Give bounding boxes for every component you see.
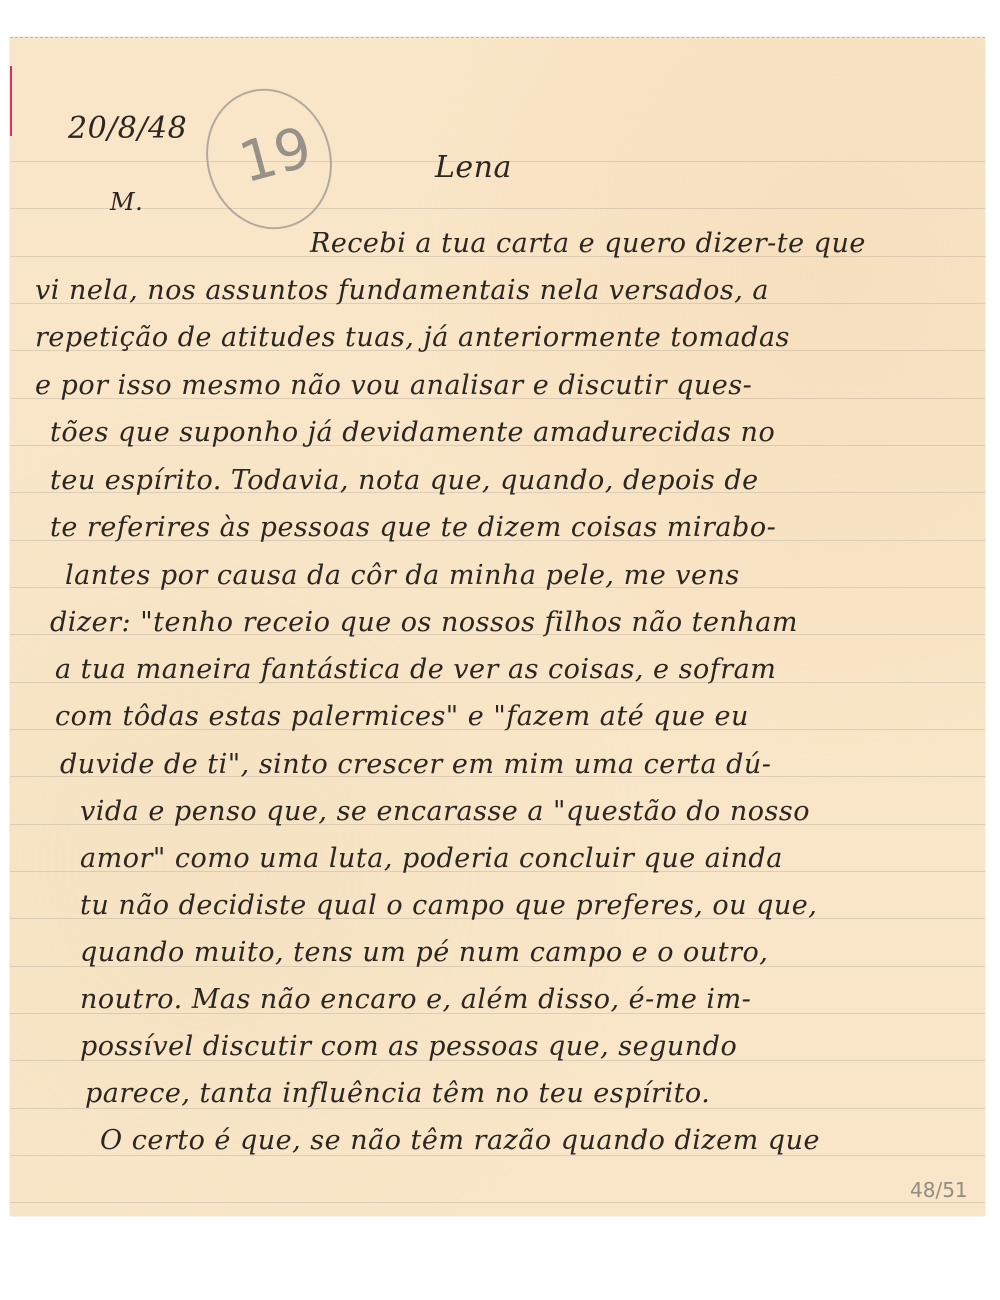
letter-page: 20/8/48 M. 19 Lena Recebi a tua carta e …	[10, 37, 985, 1216]
body-line: quando muito, tens um pé num campo e o o…	[80, 937, 768, 968]
initial-mark: M.	[110, 188, 143, 216]
body-line: repetição de atitudes tuas, já anteriorm…	[35, 322, 790, 353]
letter-date: 20/8/48	[68, 111, 187, 146]
body-line: e por isso mesmo não vou analisar e disc…	[35, 370, 752, 401]
salutation: Lena	[435, 150, 512, 185]
archive-reference: 48/51	[910, 1178, 968, 1202]
body-line: dizer: "tenho receio que os nossos filho…	[50, 607, 798, 638]
body-line: a tua maneira fantástica de ver as coisa…	[55, 654, 776, 685]
body-line: amor" como uma luta, poderia concluir qu…	[80, 843, 783, 874]
rule-line	[10, 208, 985, 209]
body-line: tões que suponho já devidamente amadurec…	[50, 417, 775, 448]
body-line: noutro. Mas não encaro e, além disso, é-…	[80, 984, 751, 1015]
rule-line	[10, 1202, 985, 1203]
body-line: teu espírito. Todavia, nota que, quando,…	[50, 465, 759, 496]
body-line: com tôdas estas palermices" e "fazem até…	[55, 701, 749, 732]
body-line: duvide de ti", sinto crescer em mim uma …	[60, 749, 771, 780]
body-line: possível discutir com as pessoas que, se…	[80, 1031, 737, 1062]
body-line: vi nela, nos assuntos fundamentais nela …	[35, 275, 769, 306]
body-line: te referires às pessoas que te dizem coi…	[50, 512, 776, 543]
edge-strip	[10, 66, 12, 136]
body-line: vida e penso que, se encarasse a "questã…	[80, 796, 810, 827]
body-line: O certo é que, se não têm razão quando d…	[100, 1125, 820, 1156]
body-line: lantes por causa da côr da minha pele, m…	[65, 560, 740, 591]
body-line: tu não decidiste qual o campo que prefer…	[80, 890, 817, 921]
body-line: parece, tanta influência têm no teu espí…	[85, 1078, 710, 1109]
body-line: Recebi a tua carta e quero dizer-te que	[310, 228, 866, 259]
